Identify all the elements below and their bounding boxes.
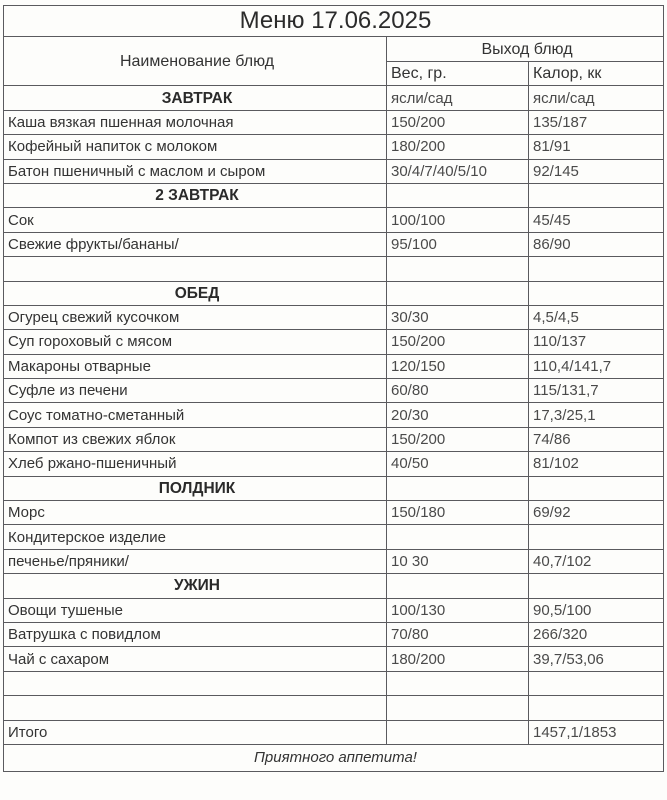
dish-row: Суфле из печени60/80115/131,7 (4, 379, 664, 403)
dish-calories (529, 671, 664, 695)
dish-name: Соус томатно-сметанный (4, 403, 387, 427)
dish-calories: 69/92 (529, 501, 664, 525)
dish-row: Компот из свежих яблок150/20074/86 (4, 427, 664, 451)
dish-name: Овощи тушеные (4, 598, 387, 622)
dish-row (4, 257, 664, 281)
section-title: ПОЛДНИК (4, 476, 387, 500)
dish-row: Суп гороховый с мясом150/200110/137 (4, 330, 664, 354)
dish-name: Компот из свежих яблок (4, 427, 387, 451)
output-header: Выход блюд (387, 37, 664, 62)
dish-calories: 74/86 (529, 427, 664, 451)
total-row: Итого1457,1/1853 (4, 720, 664, 744)
dish-calories: 135/187 (529, 110, 664, 134)
dish-row: Ватрушка с повидлом70/80266/320 (4, 622, 664, 646)
dish-weight: 150/180 (387, 501, 529, 525)
section-cal-note (529, 183, 664, 207)
dish-name: Сок (4, 208, 387, 232)
dish-row (4, 671, 664, 695)
section-cal-note (529, 476, 664, 500)
footer-text: Приятного аппетита! (4, 744, 664, 771)
total-calories: 1457,1/1853 (529, 720, 664, 744)
dish-calories: 81/102 (529, 452, 664, 476)
dish-row: Овощи тушеные100/13090,5/100 (4, 598, 664, 622)
dish-weight: 30/4/7/40/5/10 (387, 159, 529, 183)
menu-table: Меню 17.06.2025 Наименование блюд Выход … (3, 5, 664, 772)
dish-row: Каша вязкая пшенная молочная150/200135/1… (4, 110, 664, 134)
dish-weight: 180/200 (387, 647, 529, 671)
footer-row: Приятного аппетита! (4, 744, 664, 771)
dish-calories: 45/45 (529, 208, 664, 232)
section-weight-note: ясли/сад (387, 86, 529, 110)
dish-weight: 20/30 (387, 403, 529, 427)
dish-row: Макароны отварные120/150110,4/141,7 (4, 354, 664, 378)
total-label: Итого (4, 720, 387, 744)
dish-name (4, 257, 387, 281)
title-row: Меню 17.06.2025 (4, 6, 664, 37)
section-row: УЖИН (4, 574, 664, 598)
dish-calories: 90,5/100 (529, 598, 664, 622)
dish-name: Морс (4, 501, 387, 525)
dish-row: Сок100/10045/45 (4, 208, 664, 232)
dish-name: Суп гороховый с мясом (4, 330, 387, 354)
dish-row: Батон пшеничный с маслом и сыром30/4/7/4… (4, 159, 664, 183)
section-weight-note (387, 183, 529, 207)
section-title: 2 ЗАВТРАК (4, 183, 387, 207)
dish-name: Кондитерское изделие (4, 525, 387, 549)
dish-calories: 4,5/4,5 (529, 305, 664, 329)
dish-weight (387, 671, 529, 695)
dish-row: Морс150/18069/92 (4, 501, 664, 525)
dish-name: печенье/пряники/ (4, 549, 387, 573)
dish-name: Суфле из печени (4, 379, 387, 403)
dish-name: Хлеб ржано-пшеничный (4, 452, 387, 476)
dish-name: Каша вязкая пшенная молочная (4, 110, 387, 134)
section-weight-note (387, 281, 529, 305)
dish-name: Чай с сахаром (4, 647, 387, 671)
dish-weight: 120/150 (387, 354, 529, 378)
dish-weight: 100/130 (387, 598, 529, 622)
section-weight-note (387, 574, 529, 598)
dish-weight (387, 525, 529, 549)
section-weight-note (387, 476, 529, 500)
dish-weight: 180/200 (387, 135, 529, 159)
dish-name: Огурец свежий кусочком (4, 305, 387, 329)
dish-calories: 115/131,7 (529, 379, 664, 403)
dish-name: Ватрушка с повидлом (4, 622, 387, 646)
dish-calories: 92/145 (529, 159, 664, 183)
weight-header: Вес, гр. (387, 62, 529, 86)
dish-weight: 150/200 (387, 427, 529, 451)
dish-calories: 110,4/141,7 (529, 354, 664, 378)
dish-calories (529, 525, 664, 549)
dish-weight (387, 696, 529, 720)
section-row: ПОЛДНИК (4, 476, 664, 500)
section-title: ОБЕД (4, 281, 387, 305)
dish-calories: 39,7/53,06 (529, 647, 664, 671)
dish-name-header: Наименование блюд (4, 37, 387, 86)
dish-weight: 30/30 (387, 305, 529, 329)
dish-name (4, 671, 387, 695)
dish-row: Кондитерское изделие (4, 525, 664, 549)
dish-calories (529, 257, 664, 281)
dish-weight (387, 257, 529, 281)
dish-row: Кофейный напиток с молоком180/20081/91 (4, 135, 664, 159)
dish-row: Чай с сахаром180/20039,7/53,06 (4, 647, 664, 671)
dish-calories: 86/90 (529, 232, 664, 256)
section-title: УЖИН (4, 574, 387, 598)
menu-sheet: Меню 17.06.2025 Наименование блюд Выход … (3, 5, 663, 772)
dish-weight: 100/100 (387, 208, 529, 232)
dish-row (4, 696, 664, 720)
dish-weight: 150/200 (387, 110, 529, 134)
dish-calories: 17,3/25,1 (529, 403, 664, 427)
section-cal-note (529, 281, 664, 305)
section-row: 2 ЗАВТРАК (4, 183, 664, 207)
calories-header: Калор, кк (529, 62, 664, 86)
dish-row: Хлеб ржано-пшеничный40/5081/102 (4, 452, 664, 476)
total-weight (387, 720, 529, 744)
dish-weight: 95/100 (387, 232, 529, 256)
dish-row: Соус томатно-сметанный20/3017,3/25,1 (4, 403, 664, 427)
dish-row: Огурец свежий кусочком30/304,5/4,5 (4, 305, 664, 329)
section-row: ЗАВТРАКясли/садясли/сад (4, 86, 664, 110)
section-cal-note (529, 574, 664, 598)
dish-weight: 40/50 (387, 452, 529, 476)
dish-calories: 40,7/102 (529, 549, 664, 573)
dish-row: печенье/пряники/10 3040,7/102 (4, 549, 664, 573)
dish-weight: 10 30 (387, 549, 529, 573)
dish-name (4, 696, 387, 720)
dish-row: Свежие фрукты/бананы/95/10086/90 (4, 232, 664, 256)
section-cal-note: ясли/сад (529, 86, 664, 110)
dish-name: Свежие фрукты/бананы/ (4, 232, 387, 256)
dish-weight: 60/80 (387, 379, 529, 403)
dish-weight: 70/80 (387, 622, 529, 646)
dish-calories: 110/137 (529, 330, 664, 354)
header-row: Наименование блюд Выход блюд (4, 37, 664, 62)
section-row: ОБЕД (4, 281, 664, 305)
dish-calories (529, 696, 664, 720)
dish-name: Батон пшеничный с маслом и сыром (4, 159, 387, 183)
menu-title: Меню 17.06.2025 (4, 6, 664, 37)
dish-weight: 150/200 (387, 330, 529, 354)
dish-name: Кофейный напиток с молоком (4, 135, 387, 159)
dish-calories: 81/91 (529, 135, 664, 159)
dish-calories: 266/320 (529, 622, 664, 646)
dish-name: Макароны отварные (4, 354, 387, 378)
section-title: ЗАВТРАК (4, 86, 387, 110)
